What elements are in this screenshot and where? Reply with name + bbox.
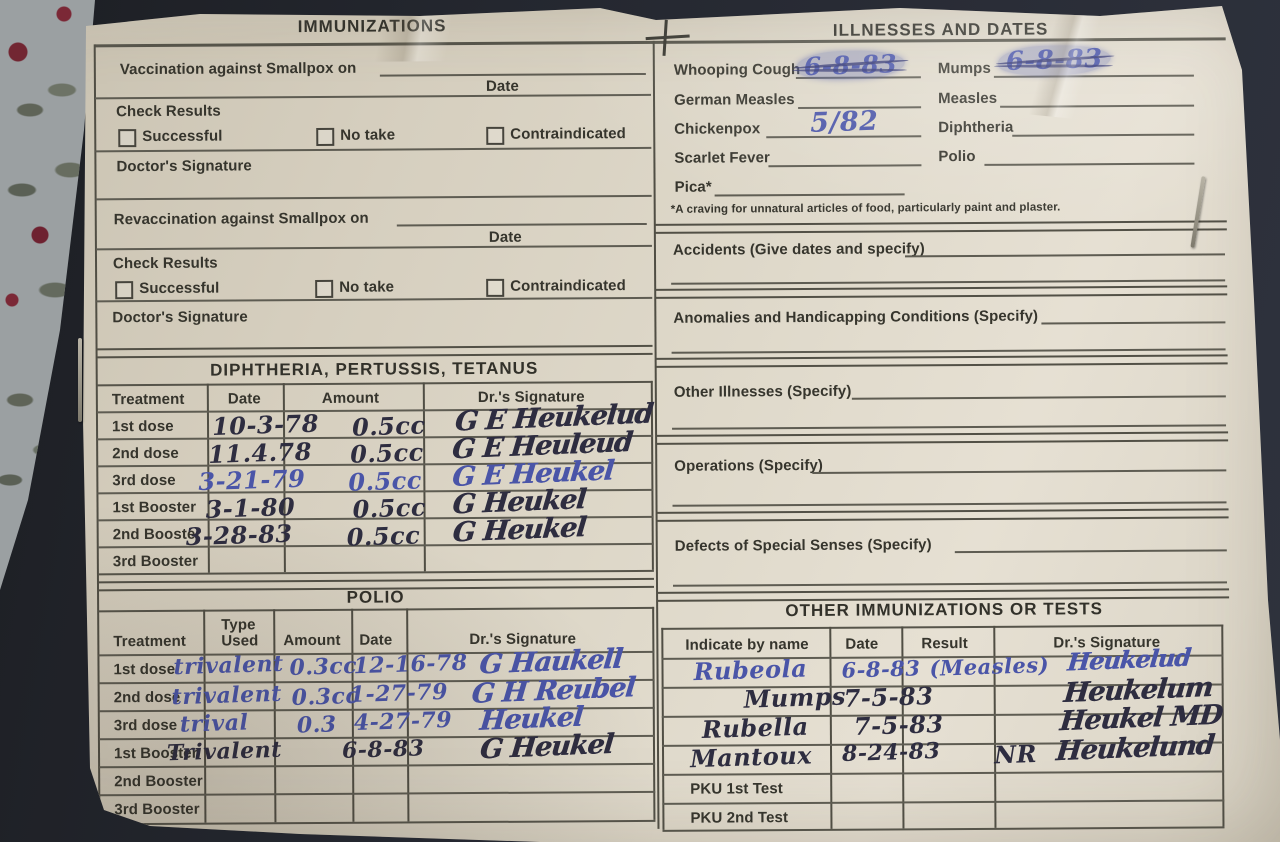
anomalies-label: Anomalies and Handicapping Conditions (S… — [673, 308, 1038, 327]
dpt-title: DIPHTHERIA, PERTUSSIS, TETANUS — [97, 358, 652, 381]
other-illnesses-label: Other Illnesses (Specify) — [674, 383, 852, 401]
doctor-signature-label-2: Doctor's Signature — [112, 308, 247, 326]
dpt-signature-handwriting: G Heukel — [451, 512, 587, 549]
field-line — [715, 193, 905, 196]
dpt-row-label: 1st Booster — [112, 499, 196, 517]
write-line — [812, 469, 1226, 473]
polio-row-label: 2nd Booster — [114, 773, 203, 791]
rule — [96, 245, 652, 250]
vaccination-date-line — [380, 73, 646, 76]
ot-result-handwriting: (Measles) — [929, 652, 1049, 681]
polio-date-handwriting: 12-16-78 — [353, 650, 468, 680]
polio-header-used: Used — [221, 632, 258, 649]
card-content: IMMUNIZATIONS Vaccination against Smallp… — [0, 0, 1280, 842]
section-rule — [656, 431, 1228, 444]
section-rule — [655, 285, 1227, 298]
section-rule — [657, 508, 1229, 521]
table-border — [652, 607, 655, 820]
table-border — [99, 820, 655, 825]
ot-signature-handwriting: Heukelund — [1055, 730, 1216, 768]
illnesses-title: ILLNESSES AND DATES — [656, 18, 1226, 41]
dpt-header-treatment: Treatment — [112, 391, 185, 408]
illness-label: Mumps — [938, 60, 991, 77]
dpt-amount-handwriting: 0.5cc — [350, 437, 424, 468]
polio-date-handwriting: 4-27-79 — [353, 707, 452, 736]
write-line — [672, 424, 1226, 429]
checkbox-successful-2 — [115, 281, 133, 299]
illness-label: Pica* — [675, 179, 712, 196]
illness-label: Chickenpox — [674, 120, 760, 138]
checkbox-contraindicated-label-2: Contraindicated — [510, 277, 626, 295]
checkbox-no-take-label-1: No take — [340, 126, 395, 143]
polio-row-label: 2nd dose — [114, 689, 181, 706]
dpt-amount-handwriting: 0.5cc — [352, 492, 426, 523]
doctor-signature-label-1: Doctor's Signature — [116, 157, 251, 175]
illness-label: Scarlet Fever — [674, 149, 770, 167]
illness-label: Polio — [938, 148, 975, 165]
dpt-row-label: 3rd dose — [112, 472, 175, 489]
polio-type-handwriting: trivalent — [173, 651, 284, 681]
pku-1st-test-label: PKU 1st Test — [690, 780, 783, 798]
checkbox-successful-label-1: Successful — [142, 128, 222, 145]
chickenpox-value: 5/82 — [810, 106, 879, 139]
illness-label: Whooping Cough — [674, 61, 800, 79]
ot-name-handwriting: Rubella — [701, 712, 809, 744]
ot-date-handwriting: 8-24-83 — [842, 738, 941, 767]
immunization-record-card: IMMUNIZATIONS Vaccination against Smallp… — [0, 0, 1280, 842]
ot-name-handwriting: Mumps — [743, 681, 846, 713]
table-border — [662, 826, 1224, 831]
dpt-date-handwriting: 3-28-83 — [185, 519, 293, 551]
write-line — [672, 348, 1226, 353]
polio-amount-handwriting: 0.3cc — [289, 653, 357, 681]
immunizations-title: IMMUNIZATIONS — [95, 15, 650, 38]
polio-date-handwriting: 6-8-83 — [342, 735, 425, 764]
table-border — [98, 570, 654, 575]
dpt-row-label: 2nd dose — [112, 445, 179, 462]
polio-type-handwriting: Trivalent — [167, 737, 283, 767]
checkbox-successful-1 — [118, 129, 136, 147]
write-line — [905, 253, 1225, 257]
dpt-header-amount: Amount — [322, 390, 379, 407]
ot-name-handwriting: Rubeola — [693, 654, 808, 687]
dpt-header-date: Date — [228, 390, 261, 407]
write-line — [1041, 321, 1225, 324]
vaccination-smallpox-label: Vaccination against Smallpox on — [120, 60, 357, 78]
polio-type-handwriting: trivalent — [171, 681, 282, 711]
field-line — [768, 164, 921, 167]
field-line — [984, 163, 1194, 166]
polio-signature-handwriting: G Heukel — [479, 729, 615, 766]
ot-date-handwriting: 6-8-83 — [841, 655, 921, 683]
checkbox-no-take-label-2: No take — [339, 278, 394, 295]
polio-row-label: 1st dose — [113, 661, 175, 678]
revaccination-smallpox-label: Revaccination against Smallpox on — [114, 210, 369, 229]
mumps-value: 6-8-83 — [997, 44, 1111, 78]
write-line — [955, 549, 1227, 552]
dpt-table: Treatment Date Amount Dr.'s Signature 1s… — [0, 0, 1277, 4]
revaccination-date-line — [397, 223, 647, 226]
polio-header-amount: Amount — [283, 632, 340, 649]
section-rule — [655, 220, 1227, 233]
dpt-row-label: 3rd Booster — [113, 553, 198, 571]
illness-label: Diphtheria — [938, 119, 1013, 136]
whooping-cough-value: 6-8-83 — [795, 49, 905, 82]
dpt-amount-handwriting: 0.5cc — [346, 520, 420, 551]
operations-label: Operations (Specify) — [674, 457, 823, 475]
checkbox-contraindicated-1 — [486, 127, 504, 145]
field-line — [1012, 134, 1194, 137]
ot-header-result: Result — [921, 635, 968, 652]
write-line — [673, 581, 1227, 586]
polio-row-label: 3rd dose — [114, 717, 177, 734]
rule — [96, 297, 652, 302]
ot-date-handwriting: 7-5-83 — [853, 709, 944, 741]
polio-amount-handwriting: 0.3 — [296, 711, 337, 738]
polio-type-handwriting: trival — [179, 710, 248, 738]
defects-senses-label: Defects of Special Senses (Specify) — [675, 536, 932, 555]
checkbox-successful-label-2: Successful — [139, 280, 219, 297]
write-line — [671, 279, 1225, 284]
col-line — [273, 609, 276, 822]
polio-row-label: 3rd Booster — [114, 801, 199, 819]
other-tests-table: Indicate by name Date Result Dr.'s Signa… — [0, 0, 1277, 4]
ot-header-date: Date — [845, 636, 878, 653]
staple-left-icon — [78, 338, 82, 422]
checkbox-no-take-1 — [316, 128, 334, 146]
polio-table: Treatment Type Used Amount Date Dr.'s Si… — [0, 0, 1277, 4]
dpt-row-label: 1st dose — [112, 418, 174, 435]
table-border — [661, 624, 1223, 629]
ot-header-name: Indicate by name — [685, 636, 808, 654]
ot-date-handwriting: 7-5-83 — [843, 681, 934, 713]
rule — [95, 147, 651, 152]
check-results-label-2: Check Results — [113, 255, 218, 273]
section-rule — [656, 354, 1228, 367]
check-results-label-1: Check Results — [116, 103, 221, 121]
ot-name-handwriting: Mantoux — [690, 740, 813, 773]
revaccination-date-caption: Date — [489, 229, 522, 246]
other-tests-title: OTHER IMMUNIZATIONS OR TESTS — [659, 598, 1229, 621]
rule — [96, 195, 652, 200]
polio-header-type: Type — [221, 616, 255, 633]
rule — [95, 94, 651, 99]
polio-title: POLIO — [98, 586, 653, 609]
table-border — [97, 381, 653, 386]
checkbox-no-take-2 — [315, 280, 333, 298]
field-line — [1000, 105, 1194, 108]
pku-2nd-test-label: PKU 2nd Test — [690, 809, 788, 827]
vaccination-date-caption: Date — [486, 78, 519, 95]
illness-label: Measles — [938, 90, 997, 107]
section-rule — [97, 345, 653, 358]
accidents-label: Accidents (Give dates and specify) — [673, 240, 925, 259]
ot-result-handwriting: NR — [994, 739, 1038, 769]
polio-header-treatment: Treatment — [113, 633, 186, 650]
write-line — [673, 501, 1227, 506]
polio-header-date: Date — [359, 632, 392, 649]
illness-label: German Measles — [674, 91, 795, 109]
row-line — [99, 791, 655, 796]
photo-background: IMMUNIZATIONS Vaccination against Smallp… — [0, 0, 1280, 842]
write-line — [852, 395, 1226, 399]
row-line — [662, 799, 1224, 804]
checkbox-contraindicated-label-1: Contraindicated — [510, 125, 626, 143]
ot-signature-handwriting: Heukelud — [1066, 642, 1191, 676]
checkbox-contraindicated-2 — [486, 279, 504, 297]
polio-date-handwriting: 1-27-79 — [349, 679, 448, 708]
pica-footnote: *A craving for unnatural articles of foo… — [671, 201, 1061, 215]
